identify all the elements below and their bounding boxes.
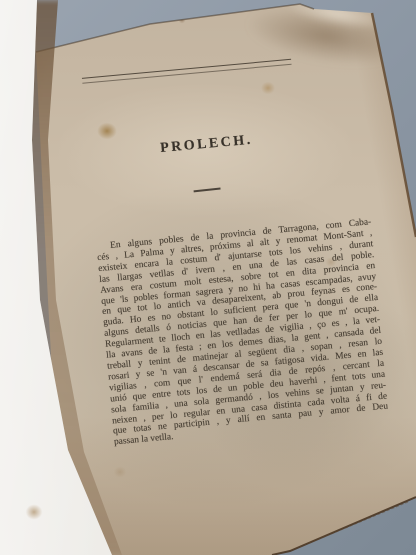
printed-content: PROLECH. En alguns pobles de la provinci… [58,52,407,499]
book-photo: PROLECH. En alguns pobles de la provinci… [0,0,416,555]
page-title: PROLECH. [64,125,348,165]
divider-dash [194,187,221,192]
paragraph: En alguns pobles de la provincia de Tarr… [96,217,390,448]
